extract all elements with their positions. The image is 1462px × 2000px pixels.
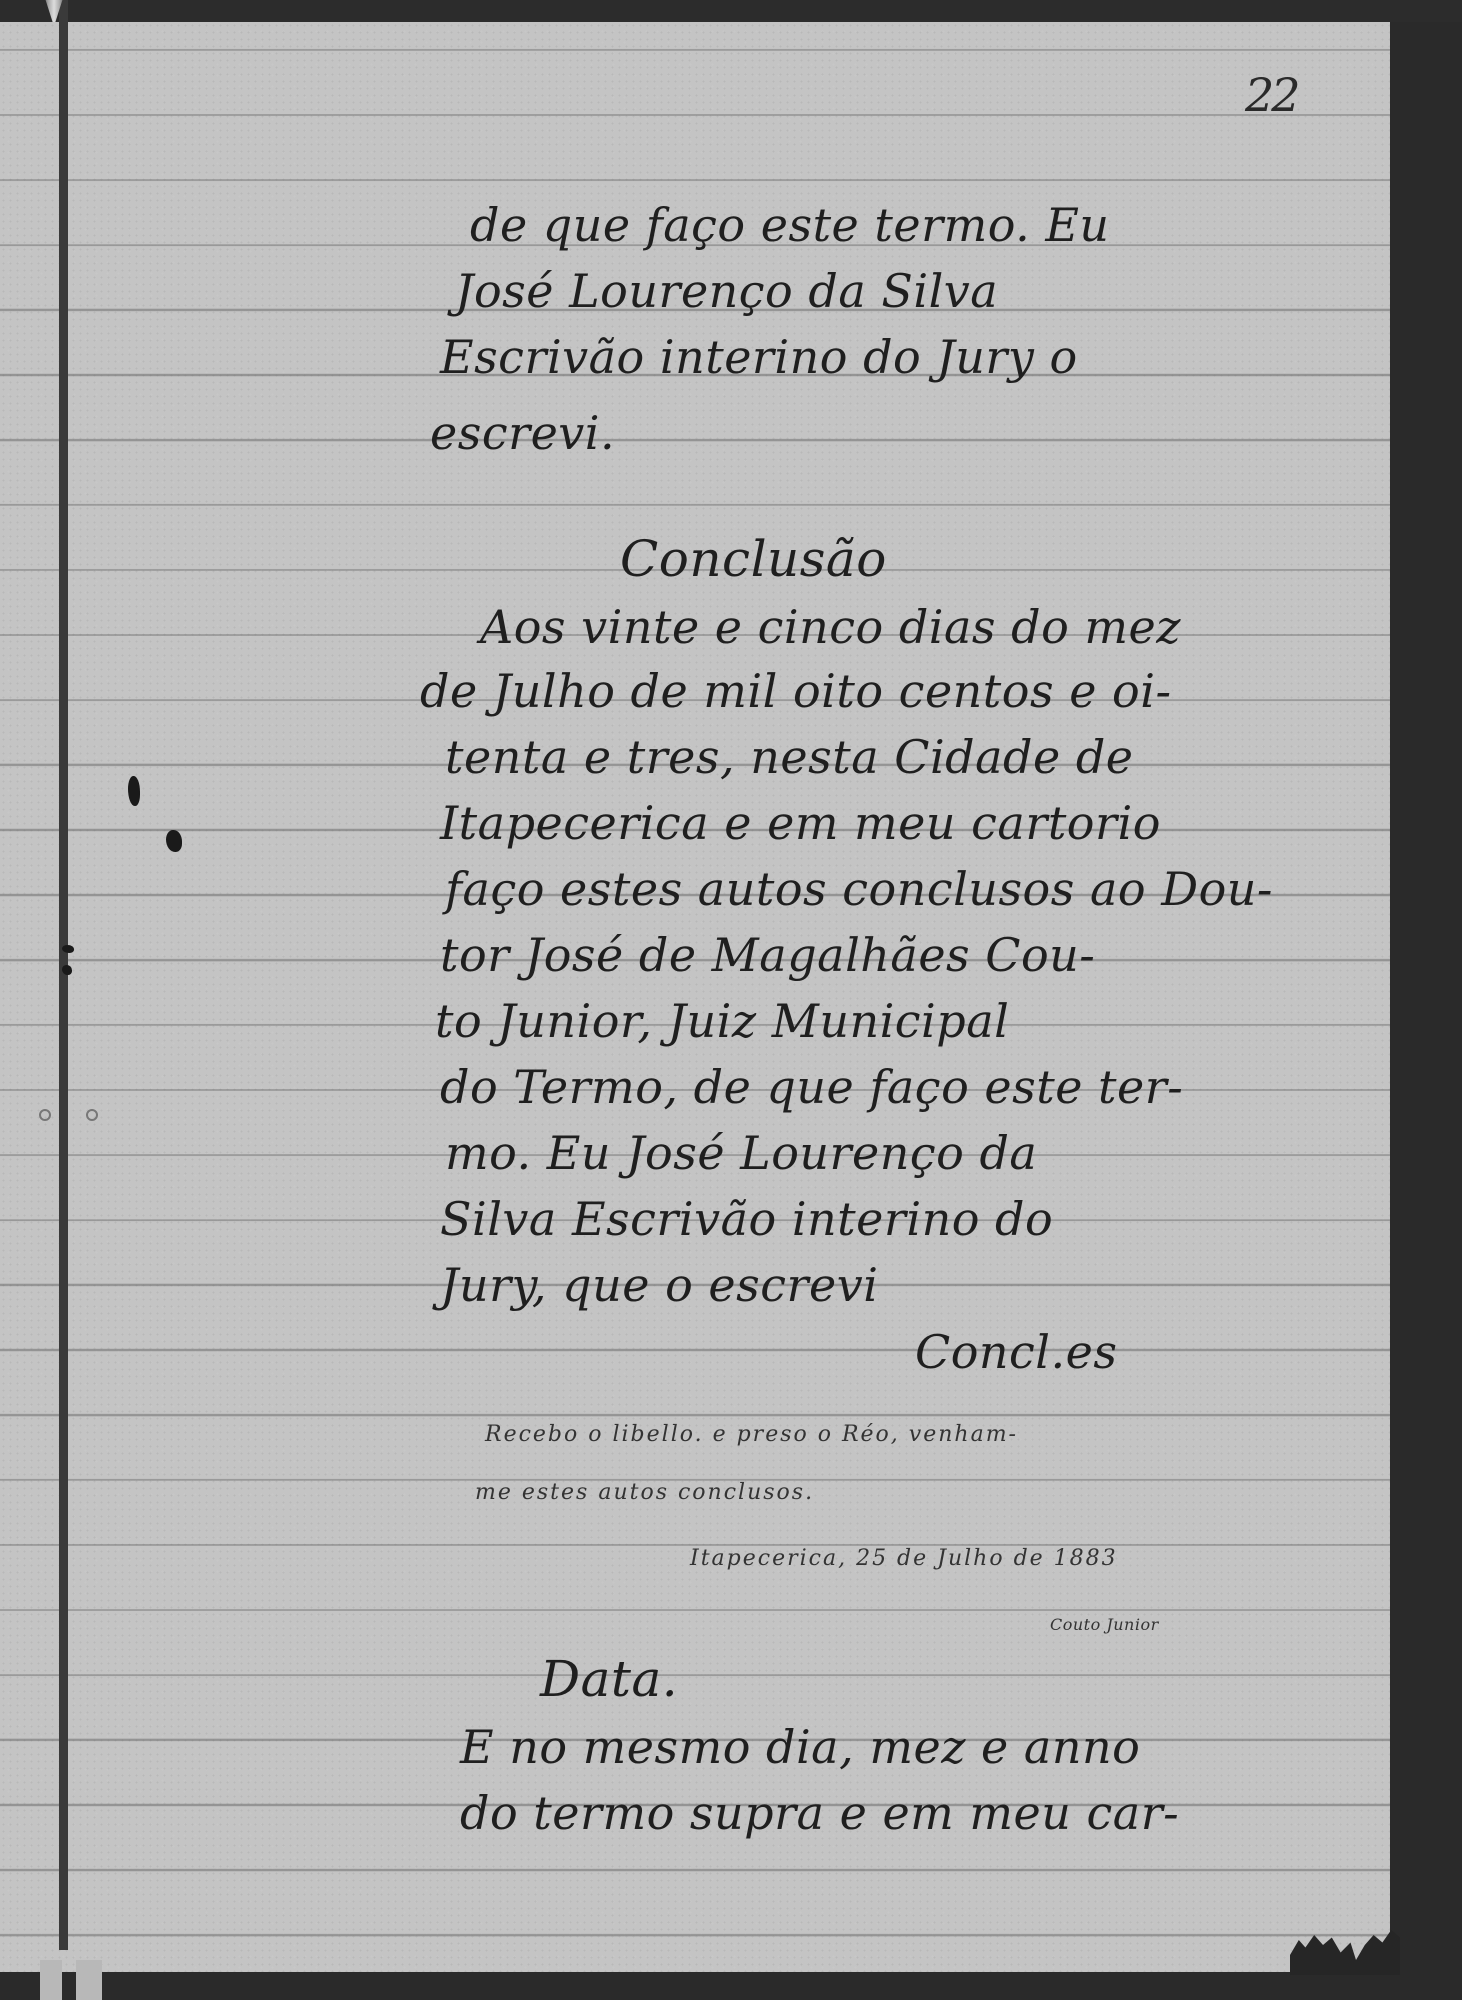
scan-border-top <box>0 0 1462 22</box>
text-line: do termo supra e em meu car- <box>460 1786 1179 1840</box>
text-line: do Termo, de que faço este ter- <box>440 1060 1183 1114</box>
court-note-signature: Couto Junior <box>1050 1615 1159 1634</box>
ink-blot <box>62 945 74 953</box>
text-line: Silva Escrivão interino do <box>440 1192 1053 1246</box>
text-line: E no mesmo dia, mez e anno <box>460 1720 1140 1774</box>
section-heading-conclusao: Conclusão <box>620 530 887 588</box>
text-line: escrevi. <box>430 406 615 460</box>
text-line: tenta e tres, nesta Cidade de <box>445 730 1134 784</box>
page-number: 22 <box>1245 68 1298 122</box>
binding-margin-line <box>59 0 68 1950</box>
closing-mark: Concl.es <box>915 1325 1117 1379</box>
court-note-line: Recebo o libello. e preso o Réo, venham- <box>485 1422 1018 1447</box>
court-note-place-date: Itapecerica, 25 de Julho de 1883 <box>690 1546 1118 1571</box>
pin-hole <box>86 1109 98 1121</box>
pin-hole <box>39 1109 51 1121</box>
text-line: Escrivão interino do Jury o <box>440 330 1078 384</box>
text-line: faço estes autos conclusos ao Dou- <box>445 862 1273 916</box>
court-note-line: me estes autos conclusos. <box>475 1480 814 1505</box>
section-heading-data: Data. <box>540 1650 678 1708</box>
ink-blot <box>128 776 140 806</box>
text-line: Jury, que o escrevi <box>440 1258 878 1312</box>
text-line: de Julho de mil oito centos e oi- <box>420 664 1172 718</box>
ink-blot <box>62 965 72 975</box>
text-line: to Junior, Juiz Municipal <box>435 994 1009 1048</box>
bottom-binding-tab <box>76 1960 102 2000</box>
text-line: José Lourenço da Silva <box>455 264 998 318</box>
ink-blot <box>166 830 182 852</box>
text-line: de que faço este termo. Eu <box>470 198 1110 252</box>
text-line: Itapecerica e em meu cartorio <box>440 796 1161 850</box>
bottom-binding-tab <box>40 1960 62 2000</box>
text-line: mo. Eu José Lourenço da <box>445 1126 1037 1180</box>
text-line: tor José de Magalhães Cou- <box>440 928 1095 982</box>
text-line: Aos vinte e cinco dias do mez <box>480 600 1181 654</box>
